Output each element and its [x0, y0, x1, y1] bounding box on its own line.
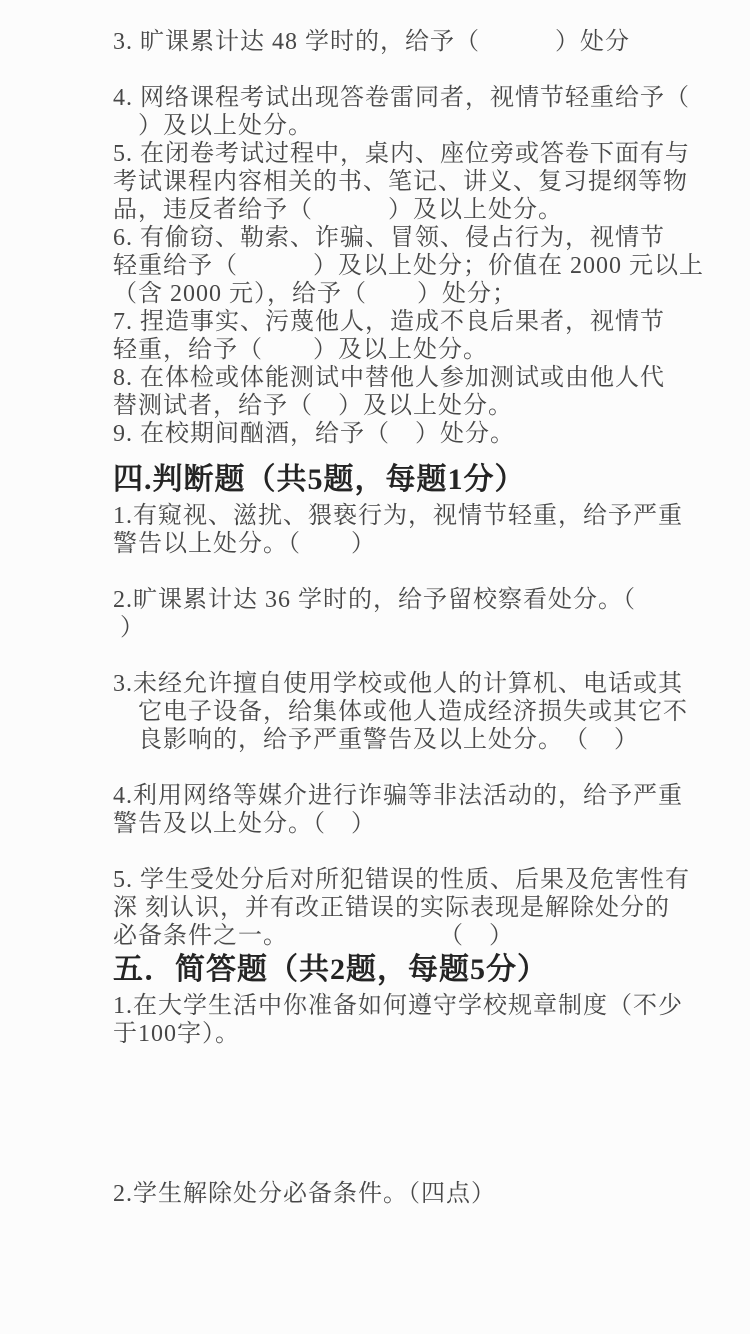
question: 8. 在体检或体能测试中替他人参加测试或由他人代替测试者，给予（ ）及以上处分。	[113, 364, 680, 420]
question-text-line: 9. 在校期间酗酒，给予（ ）处分。	[113, 420, 680, 448]
question-text-line: 1.在大学生活中你准备如何遵守学校规章制度（不少	[113, 992, 680, 1020]
question: 3. 旷课累计达 48 学时的，给予（ ）处分	[113, 28, 680, 56]
question-text-line: ）及以上处分。	[113, 112, 680, 140]
question-text-line: 它电子设备，给集体或他人造成经济损失或其它不	[113, 698, 680, 726]
question-text-line: 2.旷课累计达 36 学时的，给予留校察看处分。（	[113, 586, 680, 614]
exam-content: 3. 旷课累计达 48 学时的，给予（ ）处分4. 网络课程考试出现答卷雷同者，…	[0, 0, 750, 1208]
question: 1.有窥视、滋扰、猥亵行为，视情节轻重，给予严重警告以上处分。（ ）	[113, 502, 680, 558]
question-text-line: 3. 旷课累计达 48 学时的，给予（ ）处分	[113, 28, 680, 56]
question-text-line: ）	[113, 614, 680, 642]
question: 3.未经允许擅自使用学校或他人的计算机、电话或其 它电子设备，给集体或他人造成经…	[113, 670, 680, 754]
question-text-line: 2.学生解除处分必备条件。（四点）	[113, 1180, 680, 1208]
question-text-line: 轻重给予（ ）及以上处分；价值在 2000 元以上	[113, 252, 680, 280]
question: 5. 学生受处分后对所犯错误的性质、后果及危害性有深 刻认识，并有改正错误的实际…	[113, 866, 680, 950]
judgment-question-list: 1.有窥视、滋扰、猥亵行为，视情节轻重，给予严重警告以上处分。（ ）2.旷课累计…	[113, 502, 680, 950]
question: 4.利用网络等媒介进行诈骗等非法活动的，给予严重警告及以上处分。（ ）	[113, 782, 680, 838]
exam-paper-page: 3. 旷课累计达 48 学时的，给予（ ）处分4. 网络课程考试出现答卷雷同者，…	[0, 0, 750, 1334]
question-text-line: 品，违反者给予（ ）及以上处分。	[113, 196, 680, 224]
question: 2.学生解除处分必备条件。（四点）	[113, 1180, 680, 1208]
question-text-line: 必备条件之一。 （ ）	[113, 922, 680, 950]
question-text-line: 5. 在闭卷考试过程中，桌内、座位旁或答卷下面有与	[113, 140, 680, 168]
short-answer-question-list: 1.在大学生活中你准备如何遵守学校规章制度（不少于100字）。2.学生解除处分必…	[113, 992, 680, 1208]
question-text-line: 7. 捏造事实、污蔑他人，造成不良后果者，视情节	[113, 308, 680, 336]
question: 9. 在校期间酗酒，给予（ ）处分。	[113, 420, 680, 448]
question-text-line: 于100字）。	[113, 1020, 680, 1048]
fill-blank-question-list: 3. 旷课累计达 48 学时的，给予（ ）处分4. 网络课程考试出现答卷雷同者，…	[113, 28, 680, 448]
question: 4. 网络课程考试出现答卷雷同者，视情节轻重给予（ ）及以上处分。	[113, 84, 680, 140]
question-text-line: 5. 学生受处分后对所犯错误的性质、后果及危害性有	[113, 866, 680, 894]
question-text-line: （含 2000 元），给予（ ）处分；	[113, 280, 680, 308]
question-text-line: 6. 有偷窃、勒索、诈骗、冒领、侵占行为，视情节	[113, 224, 680, 252]
question: 7. 捏造事实、污蔑他人，造成不良后果者，视情节轻重，给予（ ）及以上处分。	[113, 308, 680, 364]
question-text-line: 1.有窥视、滋扰、猥亵行为，视情节轻重，给予严重	[113, 502, 680, 530]
question: 6. 有偷窃、勒索、诈骗、冒领、侵占行为，视情节轻重给予（ ）及以上处分；价值在…	[113, 224, 680, 308]
question-text-line: 良影响的，给予严重警告及以上处分。 （ ）	[113, 726, 680, 754]
question-text-line: 警告以上处分。（ ）	[113, 530, 680, 558]
question-text-line: 深 刻认识，并有改正错误的实际表现是解除处分的	[113, 894, 680, 922]
question: 5. 在闭卷考试过程中，桌内、座位旁或答卷下面有与考试课程内容相关的书、笔记、讲…	[113, 140, 680, 224]
question-text-line: 替测试者，给予（ ）及以上处分。	[113, 392, 680, 420]
judgment-section-heading: 四.判断题（共5题，每题1分）	[113, 460, 680, 500]
question-text-line: 8. 在体检或体能测试中替他人参加测试或由他人代	[113, 364, 680, 392]
question-text-line: 警告及以上处分。（ ）	[113, 810, 680, 838]
question-text-line: 4.利用网络等媒介进行诈骗等非法活动的，给予严重	[113, 782, 680, 810]
question: 2.旷课累计达 36 学时的，给予留校察看处分。（ ）	[113, 586, 680, 642]
question-text-line: 4. 网络课程考试出现答卷雷同者，视情节轻重给予（	[113, 84, 680, 112]
question-text-line: 轻重，给予（ ）及以上处分。	[113, 336, 680, 364]
question: 1.在大学生活中你准备如何遵守学校规章制度（不少于100字）。	[113, 992, 680, 1048]
question-text-line: 3.未经允许擅自使用学校或他人的计算机、电话或其	[113, 670, 680, 698]
short-answer-section-heading: 五．简答题（共2题，每题5分）	[113, 950, 680, 990]
question-text-line: 考试课程内容相关的书、笔记、讲义、复习提纲等物	[113, 168, 680, 196]
